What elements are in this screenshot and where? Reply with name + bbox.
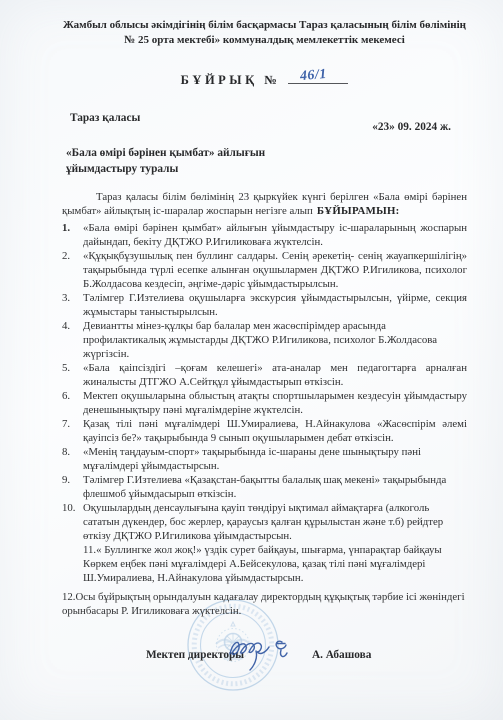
order-subject: «Бала өмірі бәрінен қымбат» айлығын ұйым… xyxy=(66,146,366,177)
order-item-1: 1. «Бала өмірі бәрінен қымбат» айлығын ұ… xyxy=(62,221,467,249)
order-items-list: 1. «Бала өмірі бәрінен қымбат» айлығын ұ… xyxy=(62,221,467,585)
organization-line1: Жамбыл облысы әкімдігінің білім басқарма… xyxy=(62,18,467,33)
city-label: Тараз қаласы xyxy=(70,111,140,134)
order-item-text: «Бала қаіпсіздігі –қоғам келешегі» ата-а… xyxy=(83,361,467,389)
order-item-text: Тәлімгер Г.Изтелиева «Қазақстан-бақытты … xyxy=(83,473,467,501)
order-item-text: Мектеп оқушыларына облыстың атақты спорт… xyxy=(83,389,467,417)
order-item-text: «Менің таңдауым-спорт» тақырыбында іс-ша… xyxy=(83,445,467,473)
order-number-handwritten: 46/1 xyxy=(300,68,328,84)
order-item-11: 11.« Буллингке жол жоқ!» үздік сурет бай… xyxy=(83,543,467,585)
order-item-text: Тәлімгер Г.Изтелиева оқушыларға экскурси… xyxy=(83,291,467,319)
document-content: Жамбыл облысы әкімдігінің білім басқарма… xyxy=(62,18,467,688)
order-item-2: 2. «Құқықбұзушылық пен буллинг салдары. … xyxy=(62,249,467,291)
order-item-5: 5. «Бала қаіпсіздігі –қоғам келешегі» ат… xyxy=(62,361,467,389)
order-item-text: Девиантты мінез-құлқы бар балалар мен жа… xyxy=(83,319,467,361)
order-item-number: 7. xyxy=(62,417,83,445)
order-item-8: 8. «Менің таңдауым-спорт» тақырыбында іс… xyxy=(62,445,467,473)
order-item-number: 2. xyxy=(62,249,83,291)
order-item-4: 4. Девиантты мінез-құлқы бар балалар мен… xyxy=(62,319,467,361)
order-item-number: 10. xyxy=(62,501,83,543)
order-item-12: 12.Осы бұйрықтың орындалуын кадағалау ди… xyxy=(62,590,467,618)
order-subject-line2: ұйымдастыру туралы xyxy=(66,162,366,178)
organization-header: Жамбыл облысы әкімдігінің білім басқарма… xyxy=(62,18,467,47)
director-name-label: А. Абашова xyxy=(312,648,371,662)
order-item-number: 5. xyxy=(62,361,83,389)
order-item-number: 4. xyxy=(62,319,83,361)
order-title: БҰЙРЫҚ №46/1 xyxy=(62,67,467,87)
director-signature-icon xyxy=(226,632,302,672)
order-item-number: 3. xyxy=(62,291,83,319)
order-item-number: 8. xyxy=(62,445,83,473)
order-item-text: Оқушылардың денсаулығына қауіп төндіруі … xyxy=(83,501,467,543)
order-item-text: Қазақ тілі пәні мұғалімдері Ш.Умиралиева… xyxy=(83,417,467,445)
order-item-7: 7. Қазақ тілі пәні мұғалімдері Ш.Умирали… xyxy=(62,417,467,445)
order-item-text: «Құқықбұзушылық пен буллинг салдары. Сен… xyxy=(83,249,467,291)
intro-text: Тараз қаласы білім бөлімінің 23 қыркүйек… xyxy=(62,191,467,217)
signature-block: Мектеп директоры А. Абашова xyxy=(62,632,467,688)
order-number-underline: 46/1 xyxy=(288,67,348,84)
order-item-3: 3. Тәлімгер Г.Изтелиева оқушыларға экску… xyxy=(62,291,467,319)
intro-directive: БҰЙЫРАМЫН: xyxy=(313,205,400,217)
document-page: Жамбыл облысы әкімдігінің білім басқарма… xyxy=(0,0,503,720)
order-item-number: 6. xyxy=(62,389,83,417)
order-subject-line1: «Бала өмірі бәрінен қымбат» айлығын xyxy=(66,146,366,162)
city-date-row: Тараз қаласы «23» 09. 2024 ж. xyxy=(62,111,467,134)
order-item-number: 1. xyxy=(62,221,83,249)
organization-line2: № 25 орта мектебі» коммуналдық мемлекетт… xyxy=(62,33,467,48)
order-title-label: БҰЙРЫҚ № xyxy=(181,73,281,87)
order-item-10: 10. Оқушылардың денсаулығына қауіп төнді… xyxy=(62,501,467,543)
order-item-9: 9. Тәлімгер Г.Изтелиева «Қазақстан-бақыт… xyxy=(62,473,467,501)
order-item-text: «Бала өмірі бәрінен қымбат» айлығын ұйым… xyxy=(83,221,467,249)
intro-paragraph: Тараз қаласы білім бөлімінің 23 қыркүйек… xyxy=(62,190,467,218)
order-item-number: 9. xyxy=(62,473,83,501)
order-item-6: 6. Мектеп оқушыларына облыстың атақты сп… xyxy=(62,389,467,417)
date-label: «23» 09. 2024 ж. xyxy=(372,120,451,134)
